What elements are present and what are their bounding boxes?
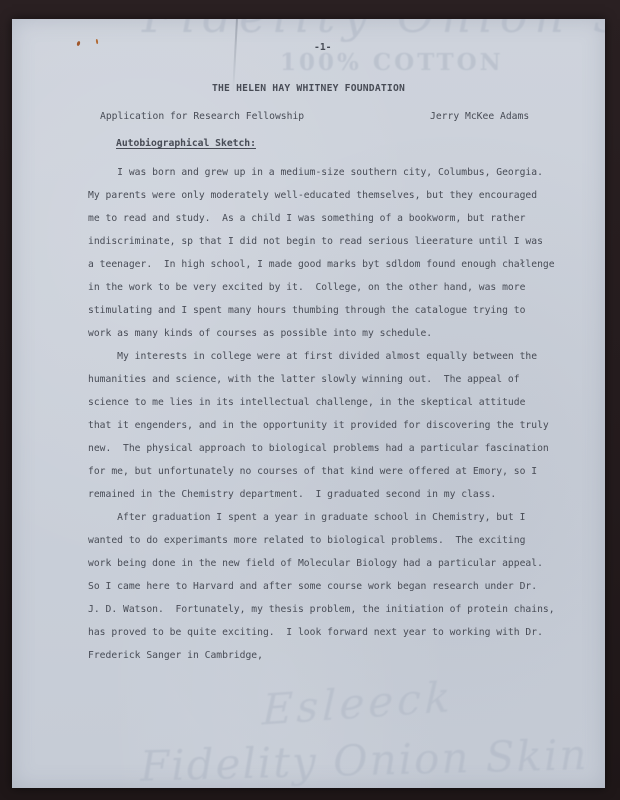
watermark-top-edge: Fidelity Onion Skin — [142, 19, 605, 43]
typed-line: indiscriminate, sp that I did not begin … — [88, 230, 588, 253]
typed-line: My parents were only moderately well-edu… — [88, 184, 588, 207]
typed-line: science to me lies in its intellectual c… — [88, 391, 588, 414]
section-heading: Autobiographical Sketch: — [116, 138, 256, 149]
typed-line: So I came here to Harvard and after some… — [88, 575, 588, 598]
watermark-esleeck-script: Esleeck — [261, 672, 455, 735]
typed-line: a teenager. In high school, I made good … — [88, 253, 588, 276]
typed-line: wanted to do experimants more related to… — [88, 529, 588, 552]
typed-line: remained in the Chemistry department. I … — [88, 483, 588, 506]
typed-line: for me, but unfortunately no courses of … — [88, 460, 588, 483]
typed-line: I was born and grew up in a medium-size … — [88, 161, 588, 184]
typed-line: After graduation I spent a year in gradu… — [88, 506, 588, 529]
page-number: -1- — [314, 42, 332, 53]
watermark-fidelity-onion-skin: Fidelity Onion Skin — [139, 728, 605, 788]
photo-backdrop: Fidelity Onion Skin 100% COTTON Esleeck … — [0, 0, 620, 800]
document-title: THE HELEN HAY WHITNEY FOUNDATION — [12, 83, 605, 94]
typed-line: work as many kinds of courses as possibl… — [88, 322, 588, 345]
typed-line: stimulating and I spent many hours thumb… — [88, 299, 588, 322]
rust-speck — [96, 39, 99, 44]
application-label: Application for Research Fellowship — [100, 111, 304, 122]
typed-line: in the work to be very excited by it. Co… — [88, 276, 588, 299]
typed-line: work being done in the new field of Mole… — [88, 552, 588, 575]
paragraph: I was born and grew up in a medium-size … — [88, 161, 588, 345]
typed-line: that it engenders, and in the opportunit… — [88, 414, 588, 437]
typed-line: new. The physical approach to biological… — [88, 437, 588, 460]
paragraph: After graduation I spent a year in gradu… — [88, 506, 588, 667]
typed-line: humanities and science, with the latter … — [88, 368, 588, 391]
applicant-name: Jerry McKee Adams — [430, 111, 529, 122]
watermark-cotton: 100% COTTON — [280, 49, 504, 76]
paragraph: My interests in college were at first di… — [88, 345, 588, 506]
document-page: Fidelity Onion Skin 100% COTTON Esleeck … — [12, 19, 605, 788]
typed-line: Frederick Sanger in Cambridge, — [88, 644, 588, 667]
typed-line: me to read and study. As a child I was s… — [88, 207, 588, 230]
typed-line: J. D. Watson. Fortunately, my thesis pro… — [88, 598, 588, 621]
typed-line: has proved to be quite exciting. I look … — [88, 621, 588, 644]
autobiographical-sketch-body: I was born and grew up in a medium-size … — [88, 161, 588, 667]
typed-line: My interests in college were at first di… — [88, 345, 588, 368]
rust-speck — [76, 41, 80, 47]
